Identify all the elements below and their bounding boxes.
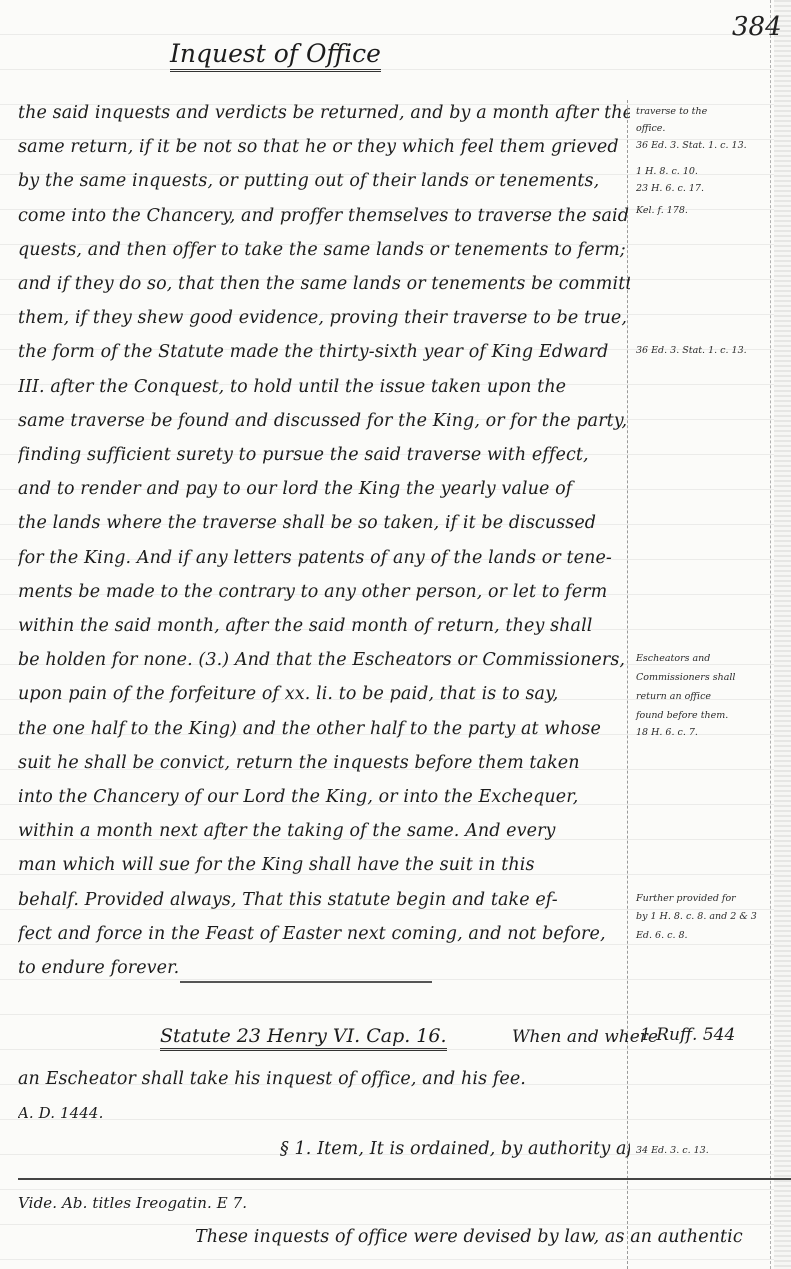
body-line: and if they do so, that then the same la…	[18, 273, 630, 295]
statute-section-margin: 34 Ed. 3. c. 13.	[636, 1145, 768, 1157]
document-page: 384 Inquest of Office the said inquests …	[0, 0, 791, 1269]
body-line: within the said month, after the said mo…	[18, 615, 630, 637]
body-line: suit he shall be convict, return the inq…	[18, 752, 630, 774]
body-line: and to render and pay to our lord the Ki…	[18, 478, 630, 500]
margin-note: 36 Ed. 3. Stat. 1. c. 13.	[636, 345, 768, 357]
section-divider	[180, 981, 432, 983]
body-line: into the Chancery of our Lord the King, …	[18, 786, 630, 808]
page-title: Inquest of Office	[170, 40, 381, 72]
margin-note: Further provided for	[636, 893, 768, 905]
body-line: ments be made to the contrary to any oth…	[18, 581, 630, 603]
body-line: man which will sue for the King shall ha…	[18, 854, 630, 876]
body-line: same return, if it be not so that he or …	[18, 136, 630, 158]
body-line: by the same inquests, or putting out of …	[18, 170, 630, 192]
statute-line-2: an Escheator shall take his inquest of o…	[18, 1068, 630, 1090]
body-line: the form of the Statute made the thirty-…	[18, 341, 630, 363]
body-line: quests, and then offer to take the same …	[18, 239, 630, 261]
body-line: be holden for none. (3.) And that the Es…	[18, 649, 630, 671]
body-line: the lands where the traverse shall be so…	[18, 512, 630, 534]
margin-note: Kel. f. 178.	[636, 205, 768, 217]
body-line: the said inquests and verdicts be return…	[18, 102, 630, 124]
body-line: III. after the Conquest, to hold until t…	[18, 376, 630, 398]
footnote-citation: Vide. Ab. titles Ireogatin. E 7.	[18, 1192, 630, 1214]
statute-date: A. D. 1444.	[18, 1102, 630, 1124]
edge-divider	[770, 0, 771, 1269]
statute-heading: Statute 23 Henry VI. Cap. 16.	[160, 1024, 447, 1051]
margin-note: 36 Ed. 3. Stat. 1. c. 13.	[636, 140, 768, 152]
margin-note: 1 H. 8. c. 10.	[636, 166, 768, 178]
body-line: come into the Chancery, and proffer them…	[18, 205, 630, 227]
page-number: 384	[732, 12, 782, 42]
statute-section: § 1. Item, It is ordained, by authority …	[280, 1138, 630, 1160]
margin-note: traverse to the	[636, 106, 768, 118]
margin-note: return an office	[636, 691, 768, 703]
margin-note: found before them.	[636, 710, 768, 722]
body-line: to endure forever.	[18, 957, 630, 979]
margin-note: by 1 H. 8. c. 8. and 2 & 3	[636, 911, 768, 923]
margin-note: Commissioners shall	[636, 672, 768, 684]
binding-edge	[774, 0, 791, 1269]
body-line: upon pain of the forfeiture of xx. li. t…	[18, 683, 630, 705]
margin-note: office.	[636, 123, 768, 135]
body-line: for the King. And if any letters patents…	[18, 547, 630, 569]
body-line: within a month next after the taking of …	[18, 820, 630, 842]
body-line: the one half to the King) and the other …	[18, 718, 630, 740]
body-line: finding sufficient surety to pursue the …	[18, 444, 630, 466]
statute-heading-tail: When and where	[512, 1026, 658, 1048]
body-line: them, if they shew good evidence, provin…	[18, 307, 630, 329]
footnote-divider	[18, 1178, 791, 1180]
margin-note: 18 H. 6. c. 7.	[636, 727, 768, 739]
margin-note: Escheators and	[636, 653, 768, 665]
margin-note: 23 H. 6. c. 17.	[636, 183, 768, 195]
body-line: behalf. Provided always, That this statu…	[18, 889, 630, 911]
footnote-text: These inquests of office were devised by…	[195, 1226, 775, 1248]
body-line: same traverse be found and discussed for…	[18, 410, 630, 432]
statute-margin-ref: 1 Ruff. 544	[640, 1024, 735, 1046]
body-line: fect and force in the Feast of Easter ne…	[18, 923, 630, 945]
margin-note: Ed. 6. c. 8.	[636, 930, 768, 942]
